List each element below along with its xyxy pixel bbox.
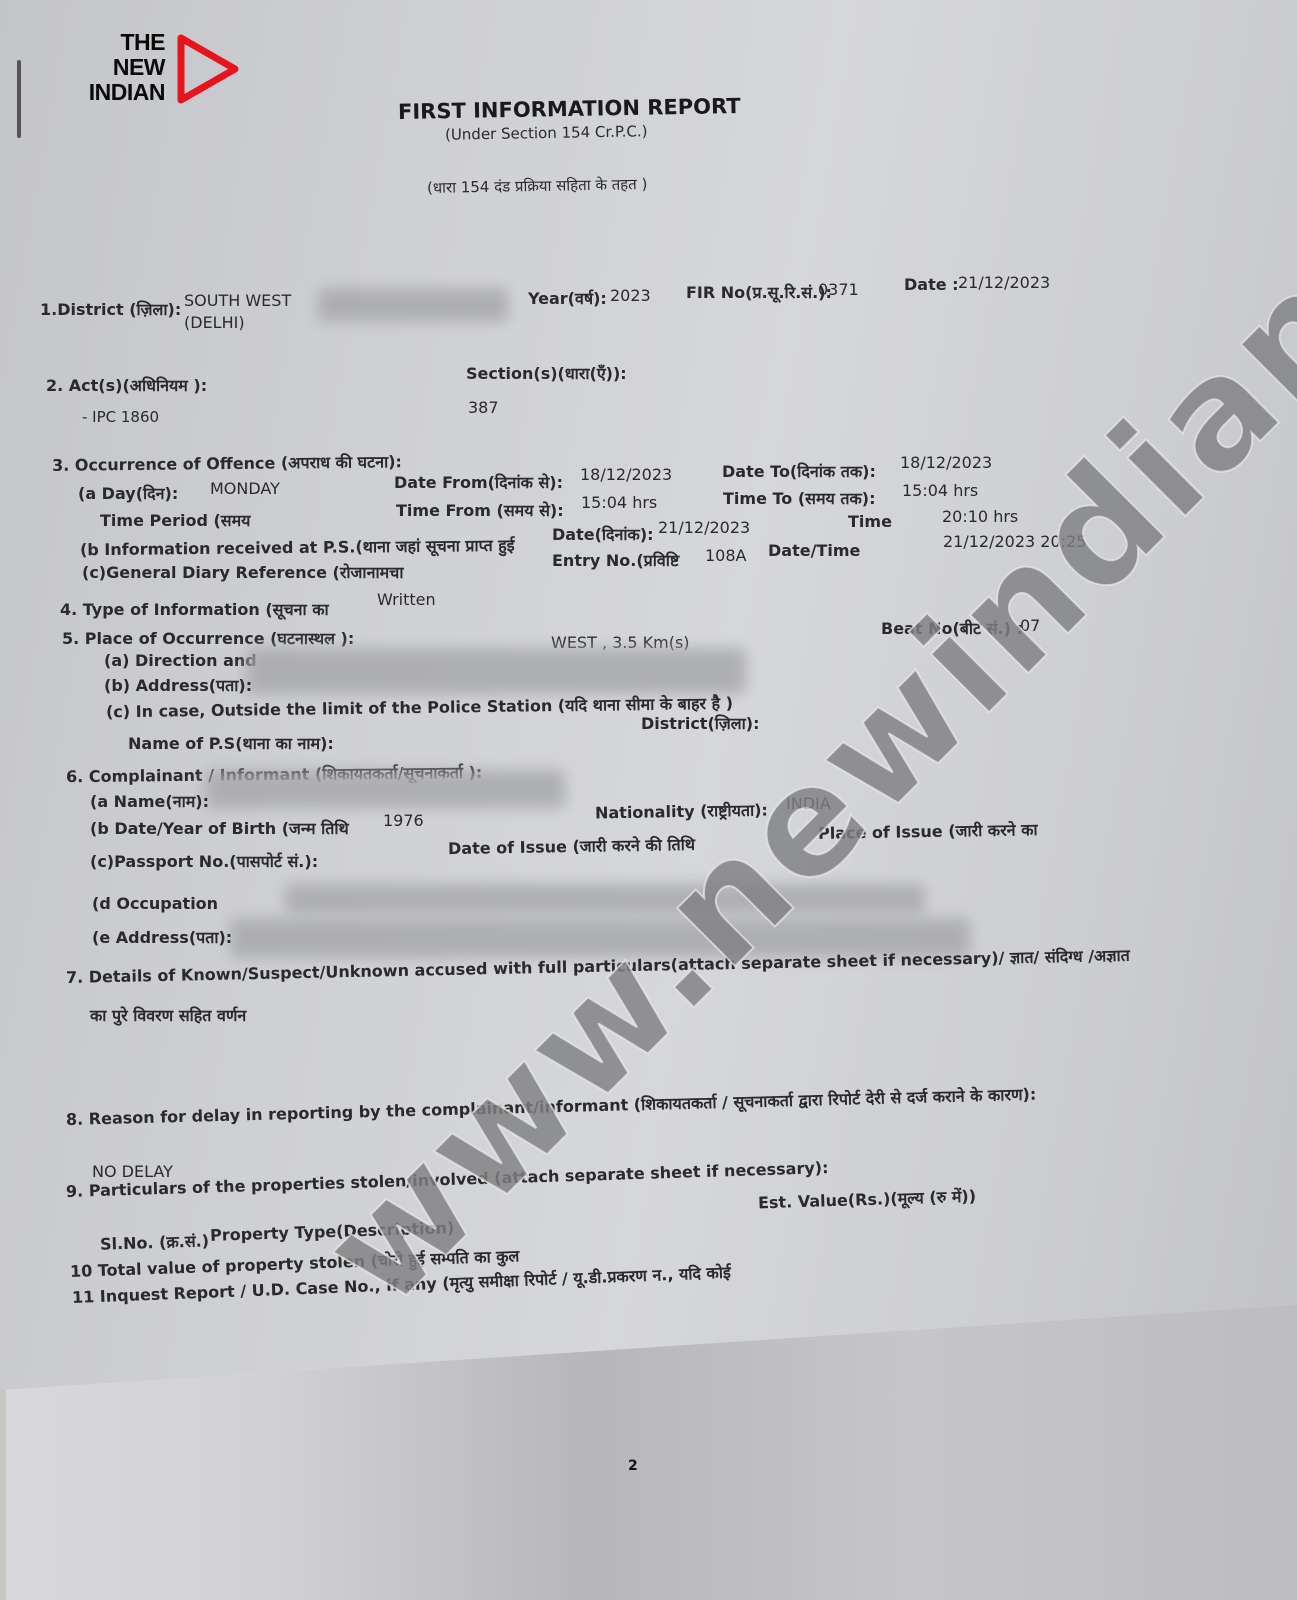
fir-date-value: 21/12/2023 xyxy=(958,273,1050,292)
gd-datetime-label: Date/Time xyxy=(768,541,860,560)
day-value: MONDAY xyxy=(210,479,280,498)
type-of-information-label: 4. Type of Information (सूचना का xyxy=(60,598,329,620)
info-time-label: Time xyxy=(848,512,892,531)
logo-line-1: THE xyxy=(60,30,165,55)
sections-label: Section(s)(धारा(एँ)): xyxy=(466,362,627,384)
staple xyxy=(17,60,21,138)
occupation-label: (d Occupation xyxy=(92,894,218,913)
complainant-address-label: (e Address(पता): xyxy=(92,926,232,948)
occurrence-heading: 3. Occurrence of Offence (अपराध की घटना)… xyxy=(52,450,402,476)
fir-number-value: 0371 xyxy=(818,280,859,299)
info-date-value: 21/12/2023 xyxy=(658,518,750,537)
page-number: 2 xyxy=(628,1458,638,1474)
general-diary-label: (c)General Diary Reference (रोजानामचा xyxy=(82,561,403,583)
time-from-label: Time From (समय से): xyxy=(396,499,564,521)
info-date-label: Date(दिनांक): xyxy=(552,523,654,545)
passport-label: (c)Passport No.(पासपोर्ट सं.): xyxy=(90,850,318,872)
accused-details-label-2: का पुरे विवरण सहित वर्णन xyxy=(90,1004,246,1026)
complainant-name-label: (a Name(नाम): xyxy=(90,790,209,812)
time-to-label: Time To (समय तक): xyxy=(723,487,876,509)
redacted-complainant-name xyxy=(205,770,565,808)
acts-label: 2. Act(s)(अधिनियम ): xyxy=(46,374,207,396)
day-label: (a Day(दिन): xyxy=(78,482,178,504)
info-received-label: (b Information received at P.S.(थाना जहा… xyxy=(80,534,515,561)
section-value: 387 xyxy=(468,398,499,417)
entry-no-value: 108A xyxy=(705,546,746,565)
ps-name-label: Name of P.S(थाना का नाम): xyxy=(128,732,334,754)
date-from-label: Date From(दिनांक से): xyxy=(394,471,563,493)
act-value: - IPC 1860 xyxy=(82,408,159,426)
the-new-indian-logo: THE NEW INDIAN xyxy=(60,30,165,105)
district-value-2: (DELHI) xyxy=(184,313,245,332)
time-to-value: 15:04 hrs xyxy=(902,481,978,500)
outside-district-label: District(ज़िला): xyxy=(641,712,759,734)
place-address-label: (b) Address(पता): xyxy=(104,674,252,696)
fir-number-label: FIR No(प्र.सू.रि.सं.): xyxy=(686,281,832,303)
date-of-birth-label: (b Date/Year of Birth (जन्म तिथि xyxy=(90,817,349,839)
date-from-value: 18/12/2023 xyxy=(580,465,672,484)
direction-label: (a) Direction and xyxy=(104,651,257,670)
year-value: 2023 xyxy=(610,286,651,305)
type-of-information-value: Written xyxy=(377,590,436,609)
sl-no-column: Sl.No. (क्र.सं.) xyxy=(100,1229,210,1254)
year-label: Year(वर्ष): xyxy=(528,287,607,309)
fir-date-label: Date : xyxy=(904,275,959,294)
district-label: 1.District (ज़िला): xyxy=(40,298,181,320)
entry-no-label: Entry No.(प्रविष्टि xyxy=(552,549,679,571)
date-to-value: 18/12/2023 xyxy=(900,453,992,472)
place-of-occurrence-heading: 5. Place of Occurrence (घटनास्थल ): xyxy=(62,627,354,649)
redacted-place-address xyxy=(246,648,746,694)
redacted-police-station xyxy=(318,288,508,322)
time-period-label: Time Period (समय xyxy=(100,509,250,531)
date-to-label: Date To(दिनांक तक): xyxy=(722,460,876,482)
play-icon xyxy=(175,32,241,106)
time-from-value: 15:04 hrs xyxy=(581,493,657,512)
district-value: SOUTH WEST xyxy=(184,291,291,310)
document-subtitle-hindi: (धारा 154 दंड प्रक्रिया सहिता के तहत ) xyxy=(427,174,648,198)
logo-line-3: INDIAN xyxy=(60,80,165,105)
document-subtitle: (Under Section 154 Cr.P.C.) xyxy=(445,122,648,144)
logo-line-2: NEW xyxy=(60,55,165,80)
date-of-birth-value: 1976 xyxy=(383,811,424,830)
